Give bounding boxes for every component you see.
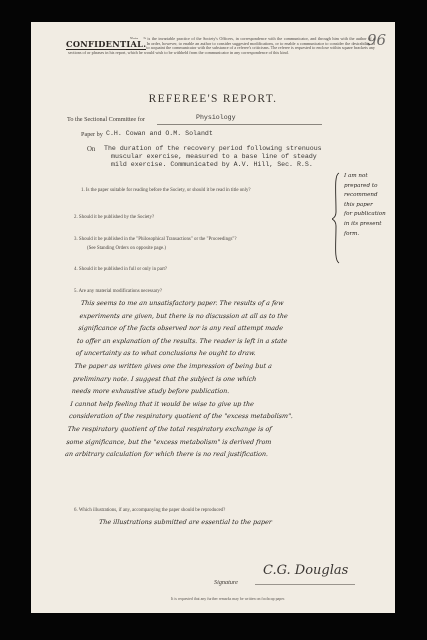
confidential-label: CONFIDENTIAL.	[66, 39, 146, 50]
question-5: 5. Are any material modifications necess…	[74, 289, 162, 294]
answer-line: This seems to me an unsatisfactory paper…	[80, 297, 391, 310]
margin-note-line: this paper	[344, 201, 404, 211]
answer-line: an arbitrary calculation for which there…	[64, 448, 375, 461]
question-text: Which illustrations, if any, accompanyin…	[79, 508, 226, 513]
footnote: It is requested that any further remarks…	[171, 597, 285, 601]
answer-line: to offer an explanation of the results. …	[76, 335, 387, 348]
margin-note-line: for publication	[344, 210, 404, 220]
question-2: 2. Should it be published by the Society…	[74, 215, 154, 220]
question-3-subtext: (See Standing Orders on opposite page.)	[87, 246, 166, 251]
referee-report-page: 96 Note.—It is the invariable practice o…	[31, 22, 395, 613]
signature-line	[255, 584, 355, 585]
question-3: 3. Should it be published in the "Philos…	[74, 237, 237, 242]
question-text: Should it be published in full or only i…	[79, 267, 167, 272]
margin-note-line: recommend	[344, 191, 404, 201]
paper-by-value: C.H. Cowan and O.M. Solandt	[106, 130, 213, 138]
question-text: Should it be published in the "Philosoph…	[79, 237, 237, 242]
answer-line: The respiratory quotient of the total re…	[67, 423, 378, 436]
question-number: 2.	[74, 215, 78, 220]
committee-value: Physiology	[196, 114, 236, 122]
answer-line: experiments are given, but there is no d…	[79, 310, 390, 323]
question-number: 4.	[74, 267, 78, 272]
answer-line: needs more exhaustive study before publi…	[71, 385, 382, 398]
signature-handwritten: C.G. Douglas	[263, 563, 348, 578]
answer-line: consideration of the respiratory quotien…	[68, 410, 379, 423]
committee-label: To the Sectional Committee for	[67, 116, 145, 123]
answer-line: some significance, but the "excess metab…	[66, 436, 377, 449]
margin-note: I am not prepared to recommend this pape…	[344, 172, 404, 239]
paper-title-line-1: The duration of the recovery period foll…	[104, 145, 322, 153]
answer-line: significance of the facts observed nor i…	[78, 322, 389, 335]
question-number: 1.	[81, 188, 85, 193]
paper-by-label: Paper by	[81, 131, 103, 138]
curly-brace-icon	[332, 172, 342, 264]
margin-note-line: I am not	[344, 172, 404, 182]
answer-line: preliminary note. I suggest that the sub…	[72, 373, 383, 386]
question-text: Is the paper suitable for reading before…	[86, 188, 251, 193]
question-4: 4. Should it be published in full or onl…	[74, 267, 167, 272]
answer-line: I cannot help feeling that it would be w…	[70, 398, 381, 411]
margin-note-line: prepared to	[344, 182, 404, 192]
report-title: REFEREE'S REPORT.	[31, 93, 395, 105]
signature-label: Signature	[214, 579, 238, 586]
question-number: 5.	[74, 289, 78, 294]
question-text: Are any material modifications necessary…	[79, 289, 162, 294]
answer-6-handwritten: The illustrations submitted are essentia…	[98, 516, 379, 529]
on-label: On	[87, 146, 95, 153]
answer-line: The paper as written gives one the impre…	[74, 360, 385, 373]
margin-note-line: form.	[344, 230, 404, 240]
question-1: 1. Is the paper suitable for reading bef…	[81, 188, 251, 193]
answer-line: of uncertainty as to what conclusions he…	[75, 347, 386, 360]
question-text: Should it be published by the Society?	[79, 215, 154, 220]
answer-5-handwritten: This seems to me an unsatisfactory paper…	[64, 297, 391, 461]
paper-title-line-3: mild exercise. Communicated by A.V. Hill…	[111, 161, 313, 169]
question-6: 6. Which illustrations, if any, accompan…	[74, 508, 225, 513]
committee-line	[157, 116, 322, 125]
question-number: 6.	[74, 508, 78, 513]
margin-note-line: in its present	[344, 220, 404, 230]
question-number: 3.	[74, 237, 78, 242]
paper-title-line-2: muscular exercise, measured to a base li…	[111, 153, 317, 161]
